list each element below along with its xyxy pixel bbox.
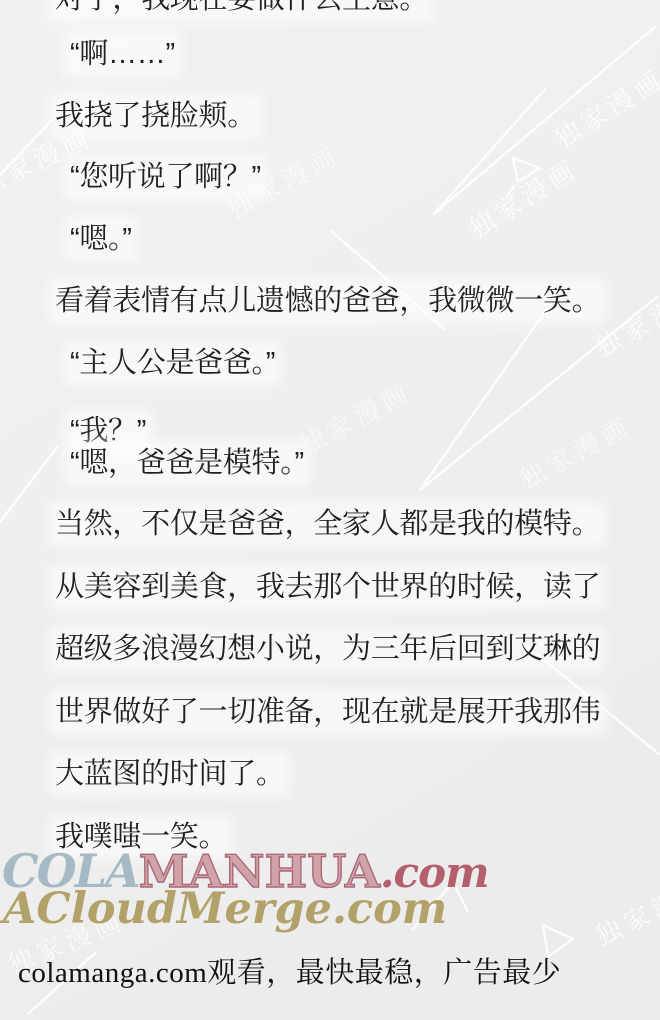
novel-line: 看着表情有点儿遗憾的爸爸，我微微一笑。 xyxy=(55,285,600,318)
novel-line: 超级多浪漫幻想小说，为三年后回到艾琳的 xyxy=(55,633,600,666)
novel-line: “您听说了啊？” xyxy=(70,161,261,194)
novel-line: 我挠了挠脸颊。 xyxy=(55,100,256,133)
watermark-acloudmerge: ACloudMerge.com xyxy=(3,888,447,931)
novel-line: “嗯，爸爸是模特。” xyxy=(70,447,304,480)
novel-line: 当然，不仅是爸爸，全家人都是我的模特。 xyxy=(55,508,600,541)
novel-line: 对了，我现在要做什么生意。 xyxy=(55,0,428,16)
novel-line: “嗯。” xyxy=(70,223,132,256)
novel-line: 大蓝图的时间了。 xyxy=(55,758,285,791)
manga-novel-page: 独家漫画 独家漫画 独家漫画 独家漫画 独家漫画 独家漫画 独家漫画 独家漫画 … xyxy=(0,0,660,1020)
novel-line: “啊……” xyxy=(70,38,175,71)
novel-line: “主人公是爸爸。” xyxy=(70,347,275,380)
footer-promo-text: colamanga.com观看，最快最稳，广告最少 xyxy=(18,950,561,991)
novel-line: “我？” xyxy=(70,415,146,448)
novel-line: 世界做好了一切准备，现在就是展开我那伟 xyxy=(55,696,600,729)
novel-line: 从美容到美食，我去那个世界的时候，读了 xyxy=(55,571,600,604)
